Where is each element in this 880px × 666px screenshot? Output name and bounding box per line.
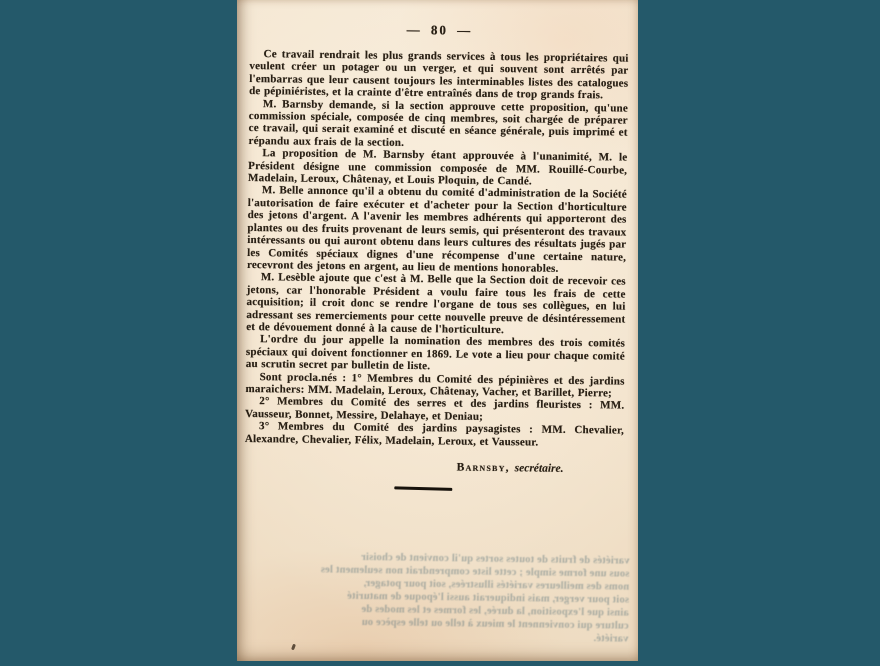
paragraph-belle-annonce: M. Belle annonce qu'il a obtenu du comit… xyxy=(247,184,627,275)
secretary-name: Barnsby, xyxy=(457,462,510,475)
scanned-page: variétés de fruits de toutes sortes qu'i… xyxy=(237,0,638,661)
paragraph-leseble-ajoute: M. Lesèble ajoute que c'est à M. Belle q… xyxy=(246,271,626,338)
scanned-book-view: { "window": { "background_color": "#2459… xyxy=(0,0,880,666)
paragraph-comite-paysagistes: 3° Membres du Comité des jardins paysagi… xyxy=(245,420,624,449)
paragraph-ce-travail: Ce travail rendrait les plus grands serv… xyxy=(249,48,629,102)
paragraph-barnsby-demande: M. Barnsby demande, si la section approu… xyxy=(248,98,628,152)
page-content: — 80 — Ce travail rendrait les plus gran… xyxy=(244,20,629,493)
ink-speck xyxy=(291,644,296,651)
secretary-title: secrétaire. xyxy=(515,462,564,475)
paragraph-ordre-du-jour: L'ordre du jour appelle la nomination de… xyxy=(246,333,625,375)
paragraph-proposition-approuvee: La proposition de M. Barnsby étant appro… xyxy=(248,147,627,189)
section-end-rule xyxy=(394,486,452,491)
page-number: — 80 — xyxy=(250,20,629,41)
reverse-side-bleedthrough-text: variétés de fruits de toutes sortes qu'i… xyxy=(249,549,629,645)
signature-line: Barnsby,secrétaire. xyxy=(244,459,623,476)
